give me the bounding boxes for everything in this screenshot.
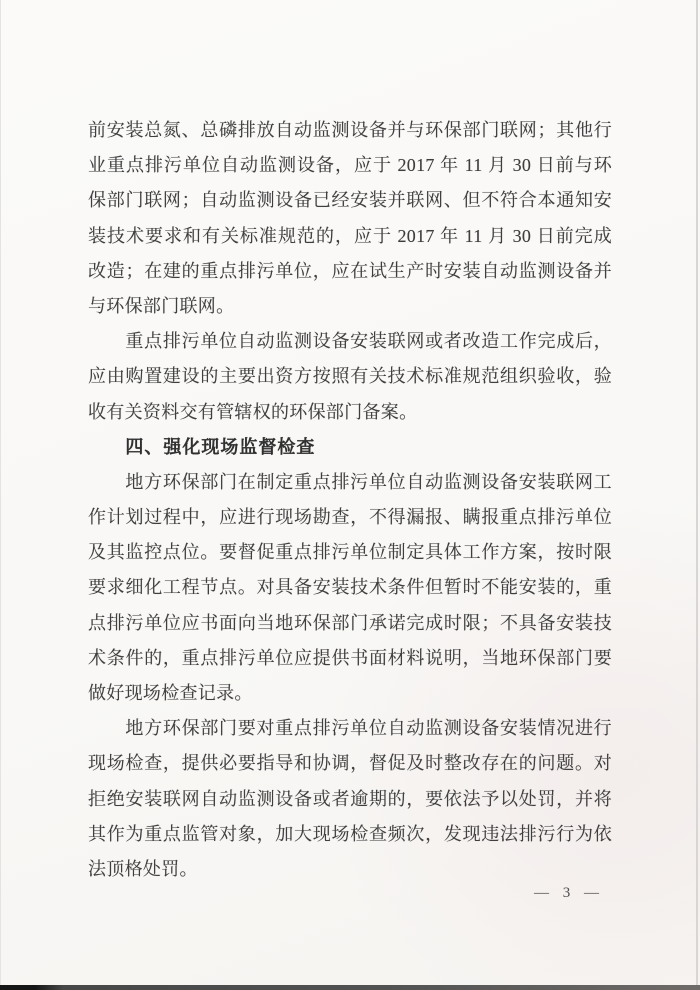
text-line: 拒绝安装联网自动监测设备或者逾期的，要依法予以处罚，并将 bbox=[88, 782, 612, 817]
text-line: 地方环保部门在制定重点排污单位自动监测设备安装联网工 bbox=[88, 465, 612, 500]
text-line: 点排污单位应书面向当地环保部门承诺完成时限；不具备安装技 bbox=[88, 606, 612, 641]
section-heading: 四、强化现场监督检查 bbox=[88, 430, 612, 465]
text-line: 改造；在建的重点排污单位，应在试生产时安装自动监测设备并 bbox=[88, 254, 612, 289]
text-line: 与环保部门联网。 bbox=[88, 289, 612, 324]
text-line: 前安装总氮、总磷排放自动监测设备并与环保部门联网；其他行 bbox=[88, 113, 612, 148]
page-number: — 3 — bbox=[88, 882, 612, 904]
text-line: 保部门联网；自动监测设备已经安装并联网、但不符合本通知安 bbox=[88, 183, 612, 218]
text-line: 术条件的，重点排污单位应提供书面材料说明，当地环保部门要 bbox=[88, 641, 612, 676]
document-page: 前安装总氮、总磷排放自动监测设备并与环保部门联网；其他行业重点排污单位自动监测设… bbox=[0, 0, 700, 990]
document-body: 前安装总氮、总磷排放自动监测设备并与环保部门联网；其他行业重点排污单位自动监测设… bbox=[88, 113, 612, 887]
text-line: 重点排污单位自动监测设备安装联网或者改造工作完成后， bbox=[88, 324, 612, 359]
text-line: 作计划过程中，应进行现场勘查，不得漏报、瞒报重点排污单位 bbox=[88, 500, 612, 535]
text-line: 现场检查，提供必要指导和协调，督促及时整改存在的问题。对 bbox=[88, 746, 612, 781]
text-line: 收有关资料交有管辖权的环保部门备案。 bbox=[88, 395, 612, 430]
paper-edge-left bbox=[0, 0, 1, 990]
text-line: 要求细化工程节点。对具备安装技术条件但暂时不能安装的，重 bbox=[88, 570, 612, 605]
text-line: 应由购置建设的主要出资方按照有关技术标准规范组织验收，验 bbox=[88, 359, 612, 394]
text-line: 其作为重点监管对象，加大现场检查频次，发现违法排污行为依 bbox=[88, 817, 612, 852]
paper-edge-right bbox=[696, 0, 698, 990]
text-line: 及其监控点位。要督促重点排污单位制定具体工作方案，按时限 bbox=[88, 535, 612, 570]
text-line: 业重点排污单位自动监测设备，应于 2017 年 11 月 30 日前与环 bbox=[88, 148, 612, 183]
text-line: 地方环保部门要对重点排污单位自动监测设备安装情况进行 bbox=[88, 711, 612, 746]
scan-edge-bottom bbox=[0, 985, 700, 990]
text-line: 装技术要求和有关标准规范的，应于 2017 年 11 月 30 日前完成 bbox=[88, 219, 612, 254]
text-line: 做好现场检查记录。 bbox=[88, 676, 612, 711]
